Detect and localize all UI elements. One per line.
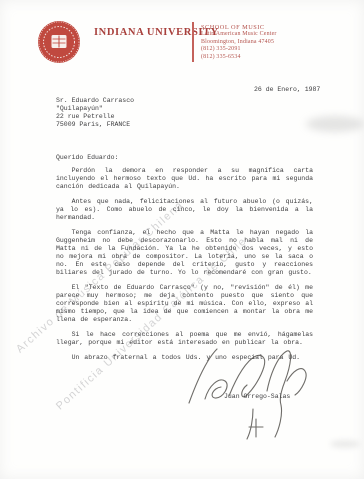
indiana-university-seal-icon <box>37 20 81 64</box>
recipient-line: "Quilapayún" <box>56 105 134 113</box>
paragraph: Tenga confianza, el hecho que a Matta le… <box>56 229 313 277</box>
center-name: Latin American Music Center <box>201 31 277 38</box>
phone-line: (812) 335-6534 <box>201 54 277 61</box>
scan-artifact <box>330 440 360 448</box>
paragraph: Perdón la demora en responder a su magní… <box>56 167 313 191</box>
department-name: SCHOOL OF MUSIC <box>201 24 277 31</box>
recipient-line: 22 rue Petrelle <box>56 113 134 121</box>
letter-date: 26 de Enero, 1987 <box>254 86 320 94</box>
signature-name: Juan Orrego-Salas <box>224 393 290 401</box>
paragraph: Antes que nada, felicitaciones al futuro… <box>56 198 313 222</box>
recipient-line: Sr. Eduardo Carrasco <box>56 97 134 105</box>
handwritten-signature-icon <box>183 341 323 441</box>
scan-artifact <box>306 116 364 132</box>
department-block: SCHOOL OF MUSIC Latin American Music Cen… <box>201 24 277 61</box>
recipient-line: 75009 Paris, FRANCE <box>56 121 134 129</box>
scanned-letter-page: Archivo de Música Popular Chilena Pontif… <box>0 0 364 479</box>
recipient-address: Sr. Eduardo Carrasco "Quilapayún" 22 rue… <box>56 97 134 129</box>
letterhead-divider <box>192 22 194 62</box>
letter-body: Perdón la demora en responder a su magní… <box>56 167 313 369</box>
paragraph: El "Texto de Eduardo Carrasco" (y no, "r… <box>56 284 313 324</box>
phone-line: (812) 335-2091 <box>201 46 277 53</box>
salutation: Querido Eduardo: <box>56 154 118 162</box>
